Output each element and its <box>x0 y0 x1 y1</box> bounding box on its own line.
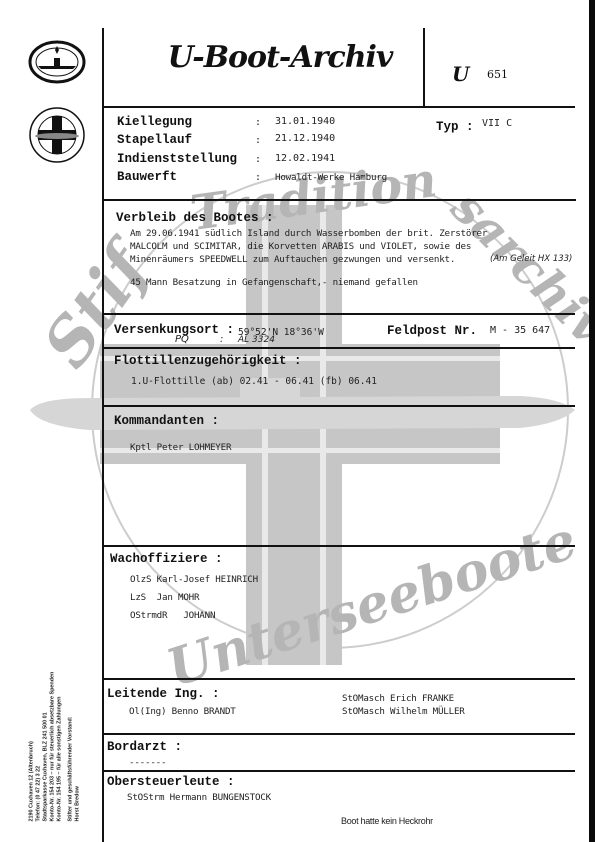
leitende-item: Ol(Ing) Benno BRANDT <box>129 706 236 717</box>
founder-label: Stifter und geschäftsführender Vorstand: <box>68 632 75 822</box>
kommandanten-label: Kommandanten : <box>114 414 219 428</box>
leitende-bottom-line <box>102 733 575 735</box>
heckrohr-note: Boot hatte kein Heckrohr <box>341 816 433 826</box>
header-divider-line <box>423 28 425 108</box>
svg-text:Unterseeboote: Unterseeboote <box>160 510 584 700</box>
obersteuerleute-label: Obersteuerleute : <box>107 775 235 789</box>
verbleib-bottom-line <box>102 313 575 315</box>
flottille-label: Flottillenzugehörigkeit : <box>114 354 302 368</box>
leitende-right-item: StOMasch Erich FRANKE <box>342 693 454 704</box>
bauwerft-value: Howaldt-Werke Hamburg <box>275 172 387 183</box>
kommandant-item: Kptl Peter LOHMEYER <box>130 442 231 453</box>
leitende-label: Leitende Ing. : <box>107 687 220 701</box>
versenkung-bottom-line <box>102 347 575 349</box>
indienststellung-sep: : <box>255 154 261 165</box>
feldpost-value: M - 35 647 <box>490 325 550 336</box>
bordarzt-value: ------- <box>129 757 166 768</box>
bauwerft-label: Bauwerft <box>117 170 177 184</box>
kommandanten-bottom-line <box>102 545 575 547</box>
obersteuermann-item: StOStrm Hermann BUNGENSTOCK <box>127 792 271 803</box>
flottille-value: 1.U-Flottille (ab) 02.41 - 06.41 (fb) 06… <box>131 376 377 387</box>
scan-edge <box>589 0 595 842</box>
submarine-badge-icon <box>28 38 86 86</box>
left-frame-line <box>102 28 104 842</box>
wachoffizier-item: OlzS Karl-Josef HEINRICH <box>130 574 258 585</box>
wachoffizier-item: LzS Jan MOHR <box>130 592 199 603</box>
feldpost-label: Feldpost Nr. <box>387 324 477 338</box>
stiftung-emblem-icon <box>28 106 86 164</box>
verbleib-label: Verbleib des Bootes : <box>116 211 274 225</box>
pq-label: PQ <box>175 334 189 345</box>
indienststellung-value: 12.02.1941 <box>275 153 335 164</box>
verbleib-line: Am 29.06.1941 südlich Island durch Wasse… <box>130 228 487 239</box>
typ-label: Typ : <box>436 120 474 134</box>
verbleib-line: MALCOLM und SCIMITAR, die Korvetten ARAB… <box>130 241 471 252</box>
wachoffiziere-label: Wachoffiziere : <box>110 552 223 566</box>
sidebar-address: 2190 Cuxhaven 12 (Altenbruch) Telefon: (… <box>29 632 82 822</box>
stapellauf-label: Stapellauf <box>117 133 192 147</box>
pq-sep: : <box>220 334 223 345</box>
bordarzt-bottom-line <box>102 770 575 772</box>
account-line-1: Konto-Nr. 154 203 – nur für steuerlich a… <box>50 632 57 822</box>
crew-fate: 45 Mann Besatzung in Gefangenschaft,- ni… <box>130 277 418 288</box>
phone-line: Telefon: (0 47 22) 3 22 <box>36 632 43 822</box>
bank-line: Stadtsparkasse Cuxhaven, BLZ 241 500 01 <box>43 632 50 822</box>
header-bottom-line <box>102 106 575 108</box>
indienststellung-label: Indienststellung <box>117 152 237 166</box>
convoy-handnote: (Am Geleit HX 133) <box>490 254 572 264</box>
dates-bottom-line <box>102 199 576 201</box>
founder-name: Horst Bredow <box>75 632 82 822</box>
page-title: U-Boot-Archiv <box>140 40 420 75</box>
verbleib-line: Minenräumers SPEEDWELL zum Auftauchen ge… <box>130 254 455 265</box>
wachoffizier-item: OStrmdR JOHANN <box>130 610 215 621</box>
wachoffiziere-bottom-line <box>102 678 575 680</box>
boat-number: 651 <box>487 68 508 81</box>
kiellegung-value: 31.01.1940 <box>275 116 335 127</box>
stapellauf-sep: : <box>255 135 261 146</box>
bauwerft-sep: : <box>255 172 261 183</box>
address-line: 2190 Cuxhaven 12 (Altenbruch) <box>29 632 36 822</box>
account-line-2: Konto-Nr. 154 195 – für alle sonstigen Z… <box>57 632 64 822</box>
stapellauf-value: 21.12.1940 <box>275 133 335 144</box>
pq-value: AL 3324 <box>238 335 275 345</box>
flottille-bottom-line <box>102 405 575 407</box>
kiellegung-label: Kiellegung <box>117 115 192 129</box>
boat-prefix: U <box>452 62 469 86</box>
typ-value: VII C <box>482 118 512 129</box>
kiellegung-sep: : <box>255 117 261 128</box>
leitende-right-item: StOMasch Wilhelm MÜLLER <box>342 706 465 717</box>
bordarzt-label: Bordarzt : <box>107 740 182 754</box>
